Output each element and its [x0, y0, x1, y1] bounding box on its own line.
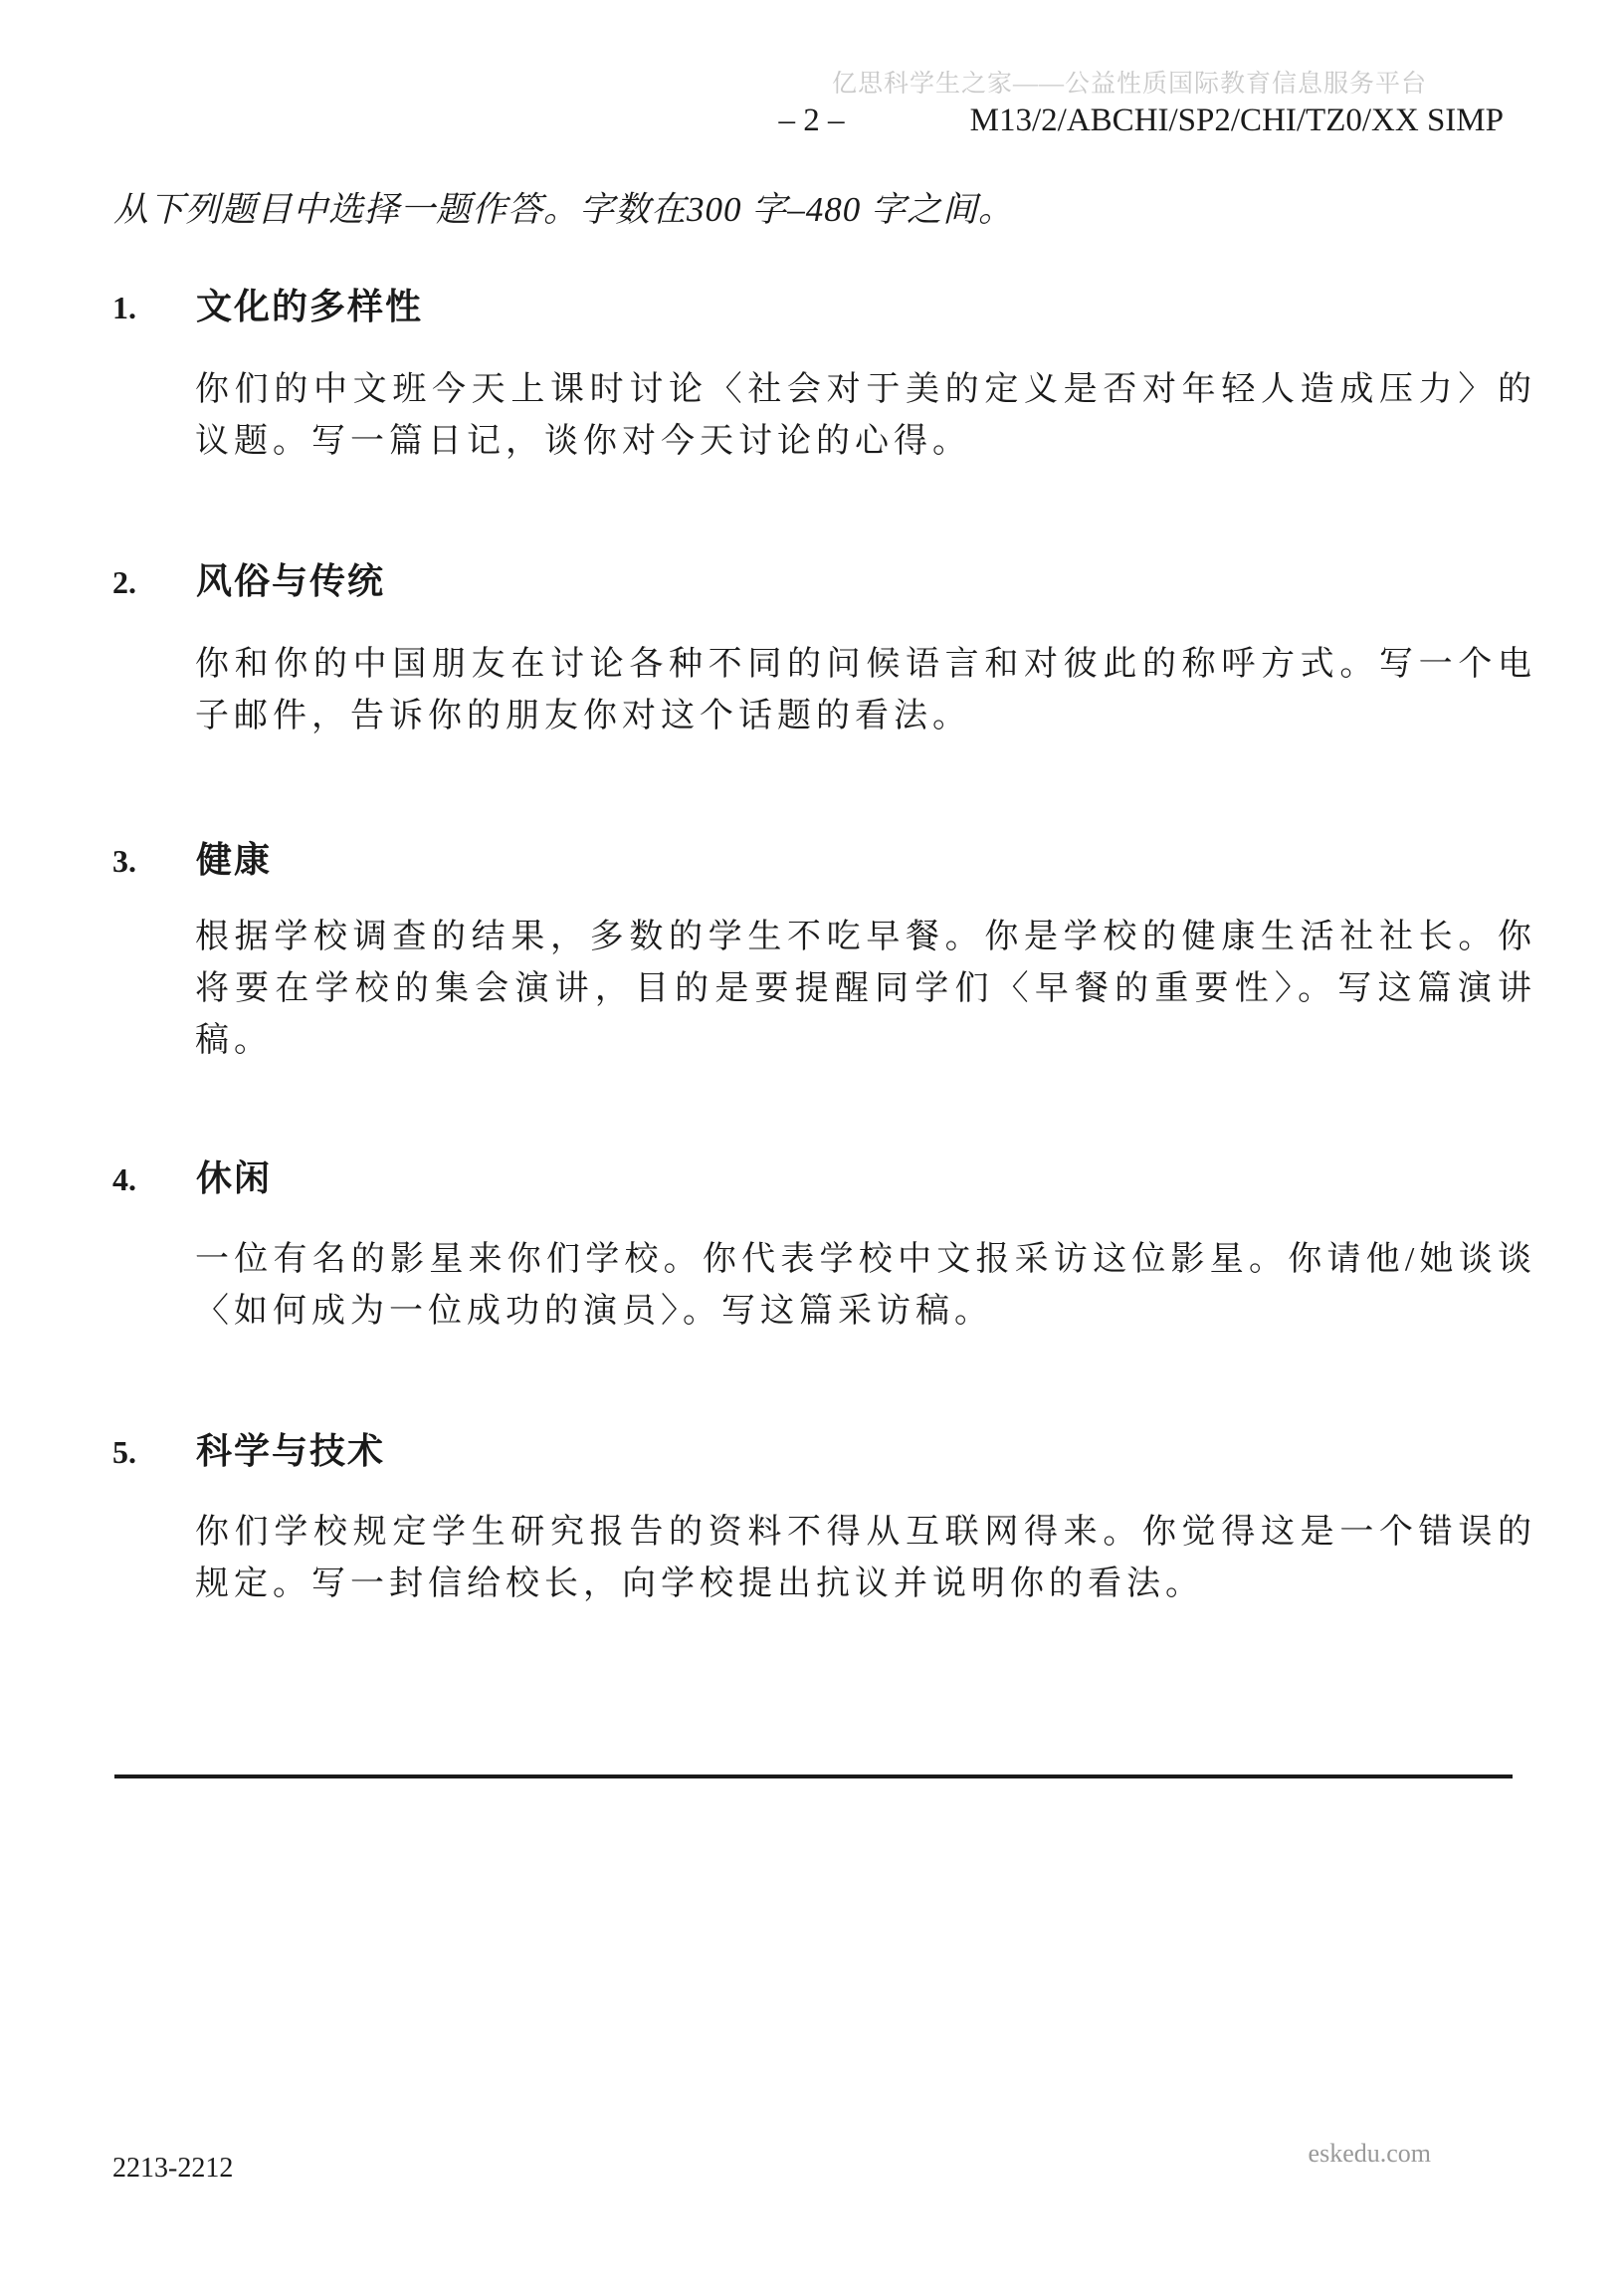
question-title: 休闲	[196, 1158, 272, 1198]
question-number: 1.	[112, 290, 196, 326]
footer-site-text: eskedu.com	[1309, 2139, 1431, 2169]
question-3-body: 根据学校调查的结果，多数的学生不吃早餐。你是学校的健康生活社社长。你将要在学校的…	[195, 912, 1536, 1067]
question-1-heading: 1.文化的多样性	[112, 279, 1535, 329]
question-1-body: 你们的中文班今天上课时讨论〈社会对于美的定义是否对年轻人造成压力〉的议题。写一篇…	[195, 364, 1536, 468]
question-4-body: 一位有名的影星来你们学校。你代表学校中文报采访这位影星。你请他/她谈谈〈如何成为…	[195, 1234, 1536, 1338]
instruction-line: 从下列题目中选择一题作答。字数在300 字–480 字之间。	[113, 182, 1014, 232]
question-4-heading: 4.休闲	[112, 1150, 1535, 1201]
question-title: 健康	[196, 840, 272, 880]
question-title: 文化的多样性	[196, 287, 423, 326]
question-number: 2.	[112, 564, 196, 601]
question-number: 3.	[112, 843, 196, 880]
footer-paper-code: 2213-2212	[112, 2153, 233, 2185]
watermark-text: 亿思科学生之家——公益性质国际教育信息服务平台	[832, 64, 1427, 100]
question-5-heading: 5.科学与技术	[112, 1423, 1535, 1474]
question-5-body: 你们学校规定学生研究报告的资料不得从互联网得来。你觉得这是一个错误的规定。写一封…	[195, 1507, 1536, 1610]
question-3-heading: 3.健康	[112, 832, 1535, 883]
exam-paper-page: 亿思科学生之家——公益性质国际教育信息服务平台 – 2 – M13/2/ABCH…	[0, 0, 1623, 2296]
question-2-heading: 2.风俗与传统	[112, 553, 1535, 604]
question-title: 科学与技术	[196, 1431, 385, 1471]
exam-code: M13/2/ABCHI/SP2/CHI/TZ0/XX SIMP	[970, 103, 1504, 139]
question-2-body: 你和你的中国朋友在讨论各种不同的问候语言和对彼此的称呼方式。写一个电子邮件，告诉…	[195, 639, 1536, 742]
question-number: 5.	[112, 1434, 196, 1471]
footer-divider-rule	[114, 1774, 1513, 1778]
question-number: 4.	[112, 1161, 196, 1198]
question-title: 风俗与传统	[196, 561, 385, 601]
